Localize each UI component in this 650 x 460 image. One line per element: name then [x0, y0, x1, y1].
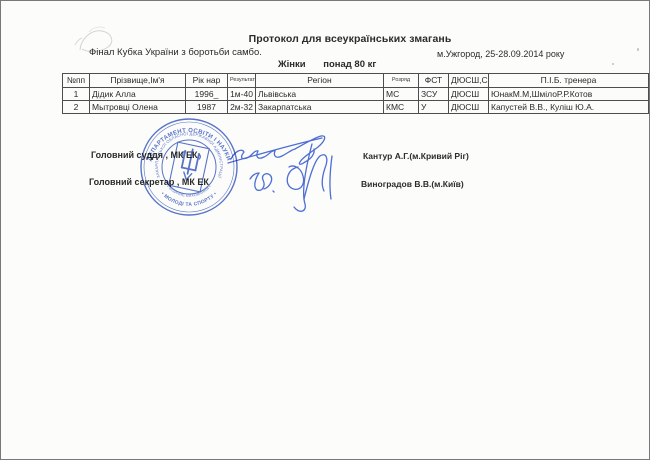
- secretary-signature: [250, 144, 332, 211]
- signatures-layer: [1, 1, 649, 459]
- scanned-protocol-page: Протокол для всеукраїнських змагань Фіна…: [0, 0, 650, 460]
